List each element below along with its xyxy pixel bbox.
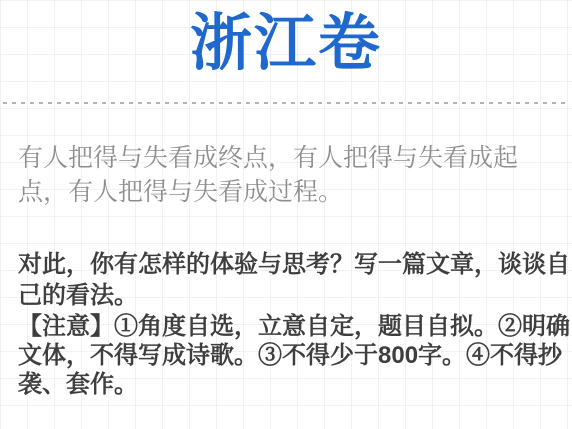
notes-line: 文体，不得写成诗歌。③不得少于800字。④不得抄 xyxy=(18,341,560,370)
task-line: 对此，你有怎样的体验与思考？写一篇文章，谈谈自 xyxy=(18,249,560,280)
essay-prompt-text: 有人把得与失看成终点，有人把得与失看成起 点，有人把得与失看成过程。 xyxy=(18,141,560,209)
dashed-divider xyxy=(3,102,569,104)
task-instruction-text: 对此，你有怎样的体验与思考？写一篇文章，谈谈自 己的看法。 xyxy=(18,249,560,311)
notes-text: 【注意】①角度自选，立意自定，题目自拟。②明确 文体，不得写成诗歌。③不得少于8… xyxy=(18,312,560,399)
prompt-line: 有人把得与失看成终点，有人把得与失看成起 xyxy=(18,141,560,175)
notes-line: 【注意】①角度自选，立意自定，题目自拟。②明确 xyxy=(18,312,560,341)
task-line: 己的看法。 xyxy=(18,280,560,311)
prompt-line: 点，有人把得与失看成过程。 xyxy=(18,175,560,209)
notes-line: 袭、套作。 xyxy=(18,370,560,399)
page-title: 浙江卷 xyxy=(0,8,572,79)
essay-prompt-card: { "page": { "title": "浙江卷", "prompt": { … xyxy=(0,0,572,429)
